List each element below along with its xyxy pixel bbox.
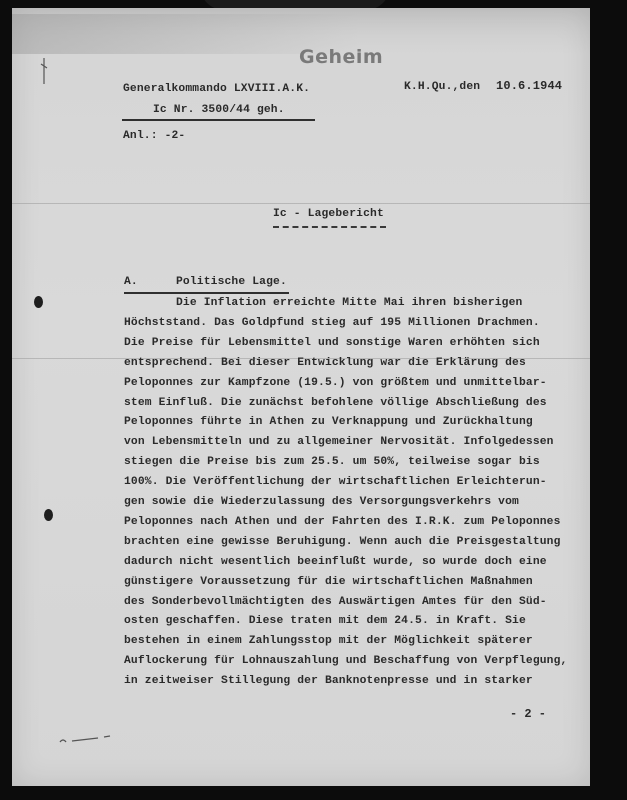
section-underline (124, 292, 289, 294)
body-text-line: des Sonderbevollmächtigten des Auswärtig… (124, 596, 547, 608)
handwritten-margin-mark (39, 56, 49, 86)
body-text-line: dadurch nicht wesentlich beeinflußt wurd… (124, 556, 547, 568)
report-title: Ic - Lagebericht (273, 208, 384, 220)
document-date: 10.6.1944 (496, 79, 562, 93)
header-underline (122, 119, 315, 121)
body-text-line: Auflockerung für Lohnauszahlung und Besc… (124, 655, 567, 667)
body-text-line: stem Einfluß. Die zunächst befohlene völ… (124, 397, 547, 409)
place-date-prefix: K.H.Qu.,den (404, 81, 480, 93)
body-text-line: Peloponnes führte in Athen zu Verknappun… (124, 416, 533, 428)
section-label: A. (124, 276, 138, 288)
section-heading: Politische Lage. (176, 276, 287, 288)
punch-hole (44, 509, 53, 521)
body-text-line: von Lebensmitteln und zu allgemeiner Ner… (124, 436, 554, 448)
body-text-line: gen sowie die Wiederzulassung des Versor… (124, 496, 519, 508)
body-text-line: in zeitweiser Stillegung der Banknotenpr… (124, 675, 533, 687)
body-text-line: stiegen die Preise bis zum 25.5. um 50%,… (124, 456, 540, 468)
body-text-line: 100%. Die Veröffentlichung der wirtschaf… (124, 476, 547, 488)
body-text-line: günstigere Voraussetzung für die wirtsch… (124, 576, 533, 588)
page-continuation-marker: - 2 - (510, 707, 546, 721)
fold-line (12, 203, 590, 204)
sender-line: Generalkommando LXVIII.A.K. (123, 83, 310, 95)
body-text-line: Peloponnes nach Athen und der Fahrten de… (124, 516, 561, 528)
body-text-line: entsprechend. Bei dieser Entwicklung war… (124, 357, 526, 369)
punch-hole (34, 296, 43, 308)
body-text-line: Die Inflation erreichte Mitte Mai ihren … (176, 297, 522, 309)
body-text-line: Peloponnes zur Kampfzone (19.5.) von grö… (124, 377, 547, 389)
body-text-line: brachten eine gewisse Beruhigung. Wenn a… (124, 536, 561, 548)
enclosure-note: Anl.: -2- (123, 130, 185, 142)
body-text-line: Die Preise für Lebensmittel und sonstige… (124, 337, 540, 349)
classification-stamp: Geheim (299, 46, 383, 68)
handwritten-scribble (58, 735, 133, 745)
reference-number: Ic Nr. 3500/44 geh. (153, 104, 285, 116)
body-text-line: Höchststand. Das Goldpfund stieg auf 195… (124, 317, 540, 329)
title-double-underline (273, 226, 386, 228)
body-text-line: osten geschaffen. Diese traten mit dem 2… (124, 615, 526, 627)
body-text-line: bestehen in einem Zahlungsstop mit der M… (124, 635, 533, 647)
